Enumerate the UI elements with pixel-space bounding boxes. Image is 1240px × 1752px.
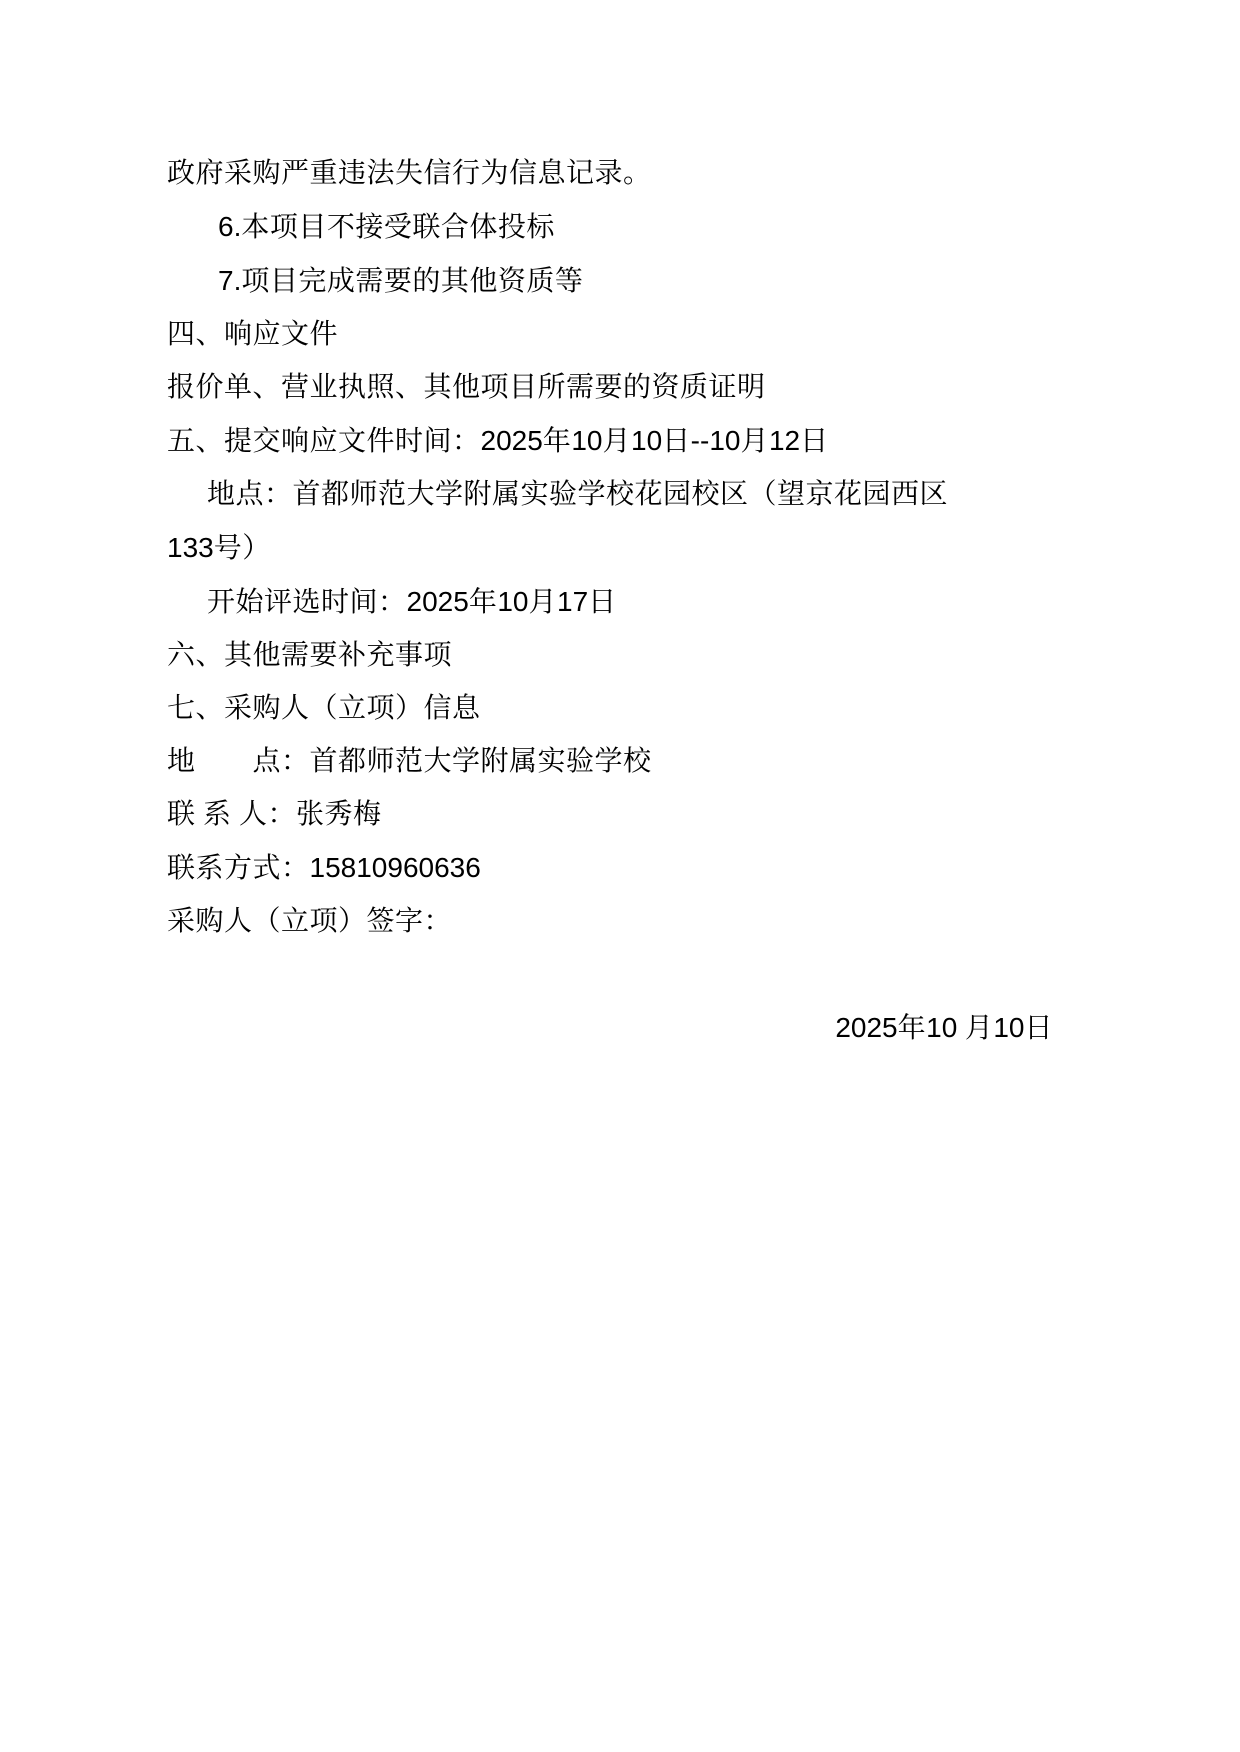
- document-line: 7.项目完成需要的其他资质等: [167, 254, 1200, 308]
- numeric-text: 12: [769, 425, 800, 456]
- numeric-text: 2025: [481, 425, 543, 456]
- numeric-text: 10: [926, 1012, 957, 1043]
- document-body: 政府采购严重违法失信行为信息记录。6.本项目不接受联合体投标7.项目完成需要的其…: [167, 147, 1200, 1055]
- document-line: 开始评选时间：2025年10月17日: [167, 575, 1200, 629]
- numeric-text: 133: [167, 532, 214, 563]
- document-line: 联 系 人：张秀梅: [167, 788, 1200, 841]
- document-page: 政府采购严重违法失信行为信息记录。6.本项目不接受联合体投标7.项目完成需要的其…: [0, 0, 1240, 1752]
- document-line: 报价单、营业执照、其他项目所需要的资质证明: [167, 361, 1200, 414]
- numeric-text: 15810960636: [310, 852, 481, 883]
- numeric-text: --10: [691, 425, 741, 456]
- document-lines: 政府采购严重违法失信行为信息记录。6.本项目不接受联合体投标7.项目完成需要的其…: [167, 147, 1200, 948]
- numeric-text: 7.: [218, 265, 241, 296]
- document-line: 联系方式：15810960636: [167, 841, 1200, 895]
- date-line: 2025年10 月10日: [167, 1001, 1200, 1055]
- document-line: 六、其他需要补充事项: [167, 629, 1200, 682]
- document-line: 6.本项目不接受联合体投标: [167, 200, 1200, 254]
- numeric-text: 6.: [218, 211, 241, 242]
- numeric-text: 10: [631, 425, 662, 456]
- document-line: 五、提交响应文件时间：2025年10月10日--10月12日: [167, 414, 1200, 468]
- numeric-text: 10: [993, 1012, 1024, 1043]
- numeric-text: 2025: [407, 586, 469, 617]
- numeric-text: 10: [497, 586, 528, 617]
- numeric-text: 2025: [835, 1012, 897, 1043]
- document-line: 四、响应文件: [167, 308, 1200, 361]
- document-line: 133号）: [167, 521, 1200, 575]
- document-line: 采购人（立项）签字：: [167, 895, 1200, 948]
- document-line: 政府采购严重违法失信行为信息记录。: [167, 147, 1200, 200]
- numeric-text: 10: [571, 425, 602, 456]
- document-line: 地点：首都师范大学附属实验学校花园校区（望京花园西区: [167, 468, 1200, 521]
- document-line: 地 点：首都师范大学附属实验学校: [167, 735, 1200, 788]
- numeric-text: 17: [557, 586, 588, 617]
- document-line: 七、采购人（立项）信息: [167, 682, 1200, 735]
